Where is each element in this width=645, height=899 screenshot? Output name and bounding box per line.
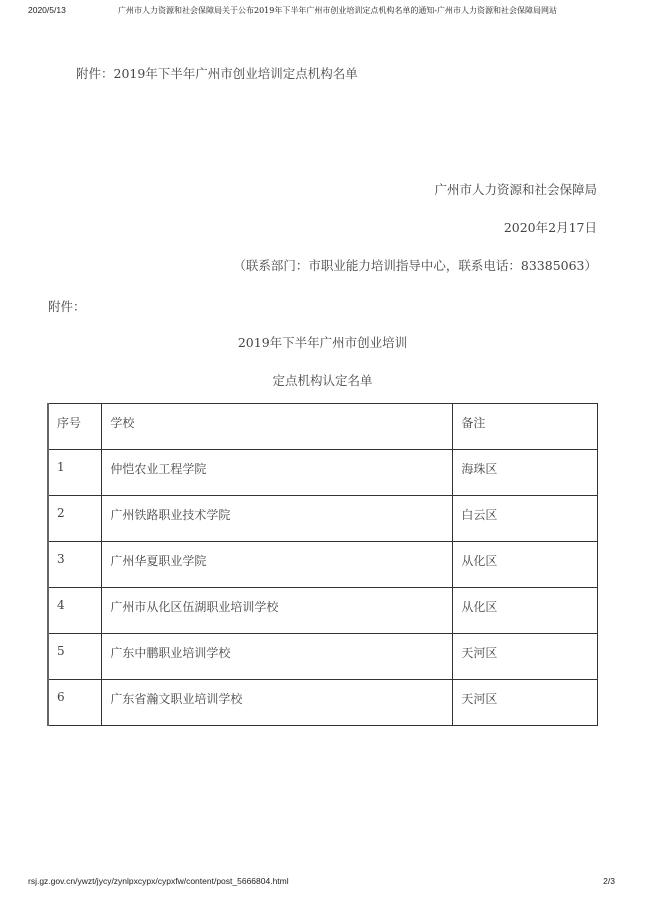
table-row: 6 广东省瀚文职业培训学校 天河区	[48, 680, 598, 726]
print-header: 2020/5/13 广州市人力资源和社会保障局关于公布2019年下半年广州市创业…	[0, 5, 645, 19]
issuer-name: 广州市人力资源和社会保障局	[434, 180, 597, 198]
table-row: 5 广东中鹏职业培训学校 天河区	[48, 634, 598, 680]
list-title-line1: 2019年下半年广州市创业培训	[0, 333, 645, 351]
cell-school: 广州铁路职业技术学院	[102, 496, 453, 542]
cell-school: 广州市从化区伍湖职业培训学校	[102, 588, 453, 634]
cell-note: 天河区	[453, 680, 598, 726]
cell-note: 天河区	[453, 634, 598, 680]
cell-index: 2	[48, 496, 102, 542]
table-row: 2 广州铁路职业技术学院 白云区	[48, 496, 598, 542]
print-page-number: 2/3	[603, 876, 615, 886]
cell-note: 海珠区	[453, 450, 598, 496]
issue-date: 2020年2月17日	[504, 218, 597, 236]
header-note: 备注	[453, 404, 598, 450]
table-header-row: 序号 学校 备注	[48, 404, 598, 450]
cell-school: 广东中鹏职业培训学校	[102, 634, 453, 680]
attachment-label: 附件：	[48, 297, 86, 315]
institution-table: 序号 学校 备注 1 仲恺农业工程学院 海珠区 2 广州铁路职业技术学院 白云区…	[47, 403, 598, 726]
cell-school: 仲恺农业工程学院	[102, 450, 453, 496]
table-row: 3 广州华夏职业学院 从化区	[48, 542, 598, 588]
contact-info: （联系部门：市职业能力培训指导中心，联系电话：83385063）	[233, 256, 597, 274]
print-page-title: 广州市人力资源和社会保障局关于公布2019年下半年广州市创业培训定点机构名单的通…	[118, 5, 557, 16]
cell-school: 广州华夏职业学院	[102, 542, 453, 588]
cell-note: 白云区	[453, 496, 598, 542]
cell-index: 6	[48, 680, 102, 726]
print-date: 2020/5/13	[28, 5, 66, 15]
table-row: 4 广州市从化区伍湖职业培训学校 从化区	[48, 588, 598, 634]
print-footer-url: rsj.gz.gov.cn/ywzt/jycy/zynlpxcypx/cypxf…	[28, 876, 289, 886]
cell-note: 从化区	[453, 542, 598, 588]
cell-index: 3	[48, 542, 102, 588]
attachment-title: 附件：2019年下半年广州市创业培训定点机构名单	[76, 64, 358, 82]
cell-school: 广东省瀚文职业培训学校	[102, 680, 453, 726]
cell-index: 5	[48, 634, 102, 680]
cell-index: 4	[48, 588, 102, 634]
cell-index: 1	[48, 450, 102, 496]
list-title-line2: 定点机构认定名单	[0, 371, 645, 389]
header-school: 学校	[102, 404, 453, 450]
cell-note: 从化区	[453, 588, 598, 634]
header-index: 序号	[48, 404, 102, 450]
table-row: 1 仲恺农业工程学院 海珠区	[48, 450, 598, 496]
